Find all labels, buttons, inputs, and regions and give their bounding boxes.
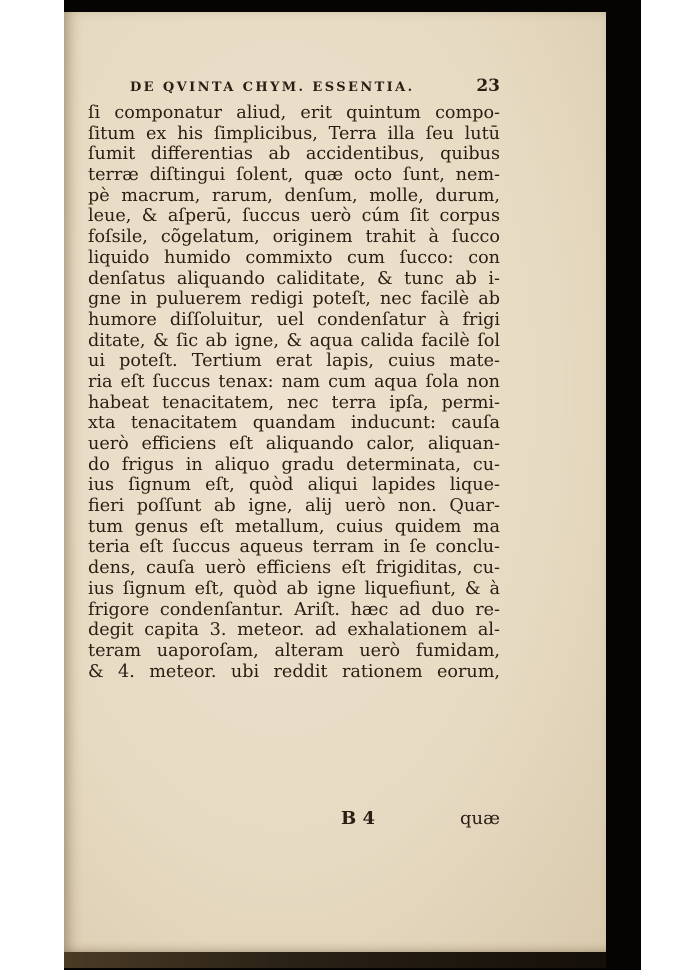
text-line: leue, & aſperū, ſuccus uerò cúm ſit corp… xyxy=(88,206,500,227)
text-line: xta tenacitatem quandam inducunt: cauſa xyxy=(88,413,500,434)
page-footer: B 4 quæ xyxy=(88,808,500,830)
text-line: ſumit differentias ab accidentibus, quib… xyxy=(88,144,500,165)
page-bottom-edge xyxy=(64,952,606,968)
body-text: ſi componatur aliud, erit quintum compo-… xyxy=(88,103,500,682)
signature-mark: B 4 xyxy=(341,808,375,829)
text-line: tum genus eſt metallum, cuius quidem ma xyxy=(88,517,500,538)
text-line: humore diſſoluitur, uel condenſatur à fr… xyxy=(88,310,500,331)
text-line: ius ſignum eſt, quòd ab igne liquefiunt,… xyxy=(88,579,500,600)
text-line: do frigus in aliquo gradu determinata, c… xyxy=(88,455,500,476)
text-line: uerò efficiens eſt aliquando calor, aliq… xyxy=(88,434,500,455)
text-line: liquido humido commixto cum ſucco: con xyxy=(88,248,500,269)
text-line: teria eſt ſuccus aqueus terram in ſe con… xyxy=(88,537,500,558)
catchword: quæ xyxy=(460,808,500,829)
text-line: ria eſt ſuccus tenax: nam cum aqua ſola … xyxy=(88,372,500,393)
running-header: DE QVINTA CHYM. ESSENTIA. 23 xyxy=(130,76,500,98)
text-line: dens, cauſa uerò efficiens eſt frigidita… xyxy=(88,558,500,579)
text-line: gne in puluerem redigi poteſt, nec facil… xyxy=(88,289,500,310)
text-line: frigore condenſantur. Ariſt. hæc ad duo … xyxy=(88,600,500,621)
text-line: degit capita 3. meteor. ad exhalationem … xyxy=(88,620,500,641)
page-number: 23 xyxy=(476,76,500,96)
text-line: teram uaporoſam, alteram uerò fumidam, xyxy=(88,641,500,662)
text-line: ditate, & ſic ab igne, & aqua calida fac… xyxy=(88,331,500,352)
text-line: terræ diſtingui ſolent, quæ octo ſunt, n… xyxy=(88,165,500,186)
text-line: ſitum ex his ſimplicibus, Terra illa ſeu… xyxy=(88,124,500,145)
text-line: ius ſignum eſt, quòd aliqui lapides liqu… xyxy=(88,475,500,496)
text-line: ſi componatur aliud, erit quintum compo- xyxy=(88,103,500,124)
running-head-title: DE QVINTA CHYM. ESSENTIA. xyxy=(130,80,415,95)
text-line: foſsile, cõgelatum, originem trahit à ſu… xyxy=(88,227,500,248)
text-line: ui poteſt. Tertium erat lapis, cuius mat… xyxy=(88,351,500,372)
text-line: fieri poſſunt ab igne, alij uerò non. Qu… xyxy=(88,496,500,517)
text-line: habeat tenacitatem, nec terra ipſa, perm… xyxy=(88,393,500,414)
text-line: & 4. meteor. ubi reddit rationem eorum, xyxy=(88,662,500,683)
text-line: denſatus aliquando caliditate, & tunc ab… xyxy=(88,269,500,290)
text-line: pè macrum, rarum, denſum, molle, durum, xyxy=(88,186,500,207)
